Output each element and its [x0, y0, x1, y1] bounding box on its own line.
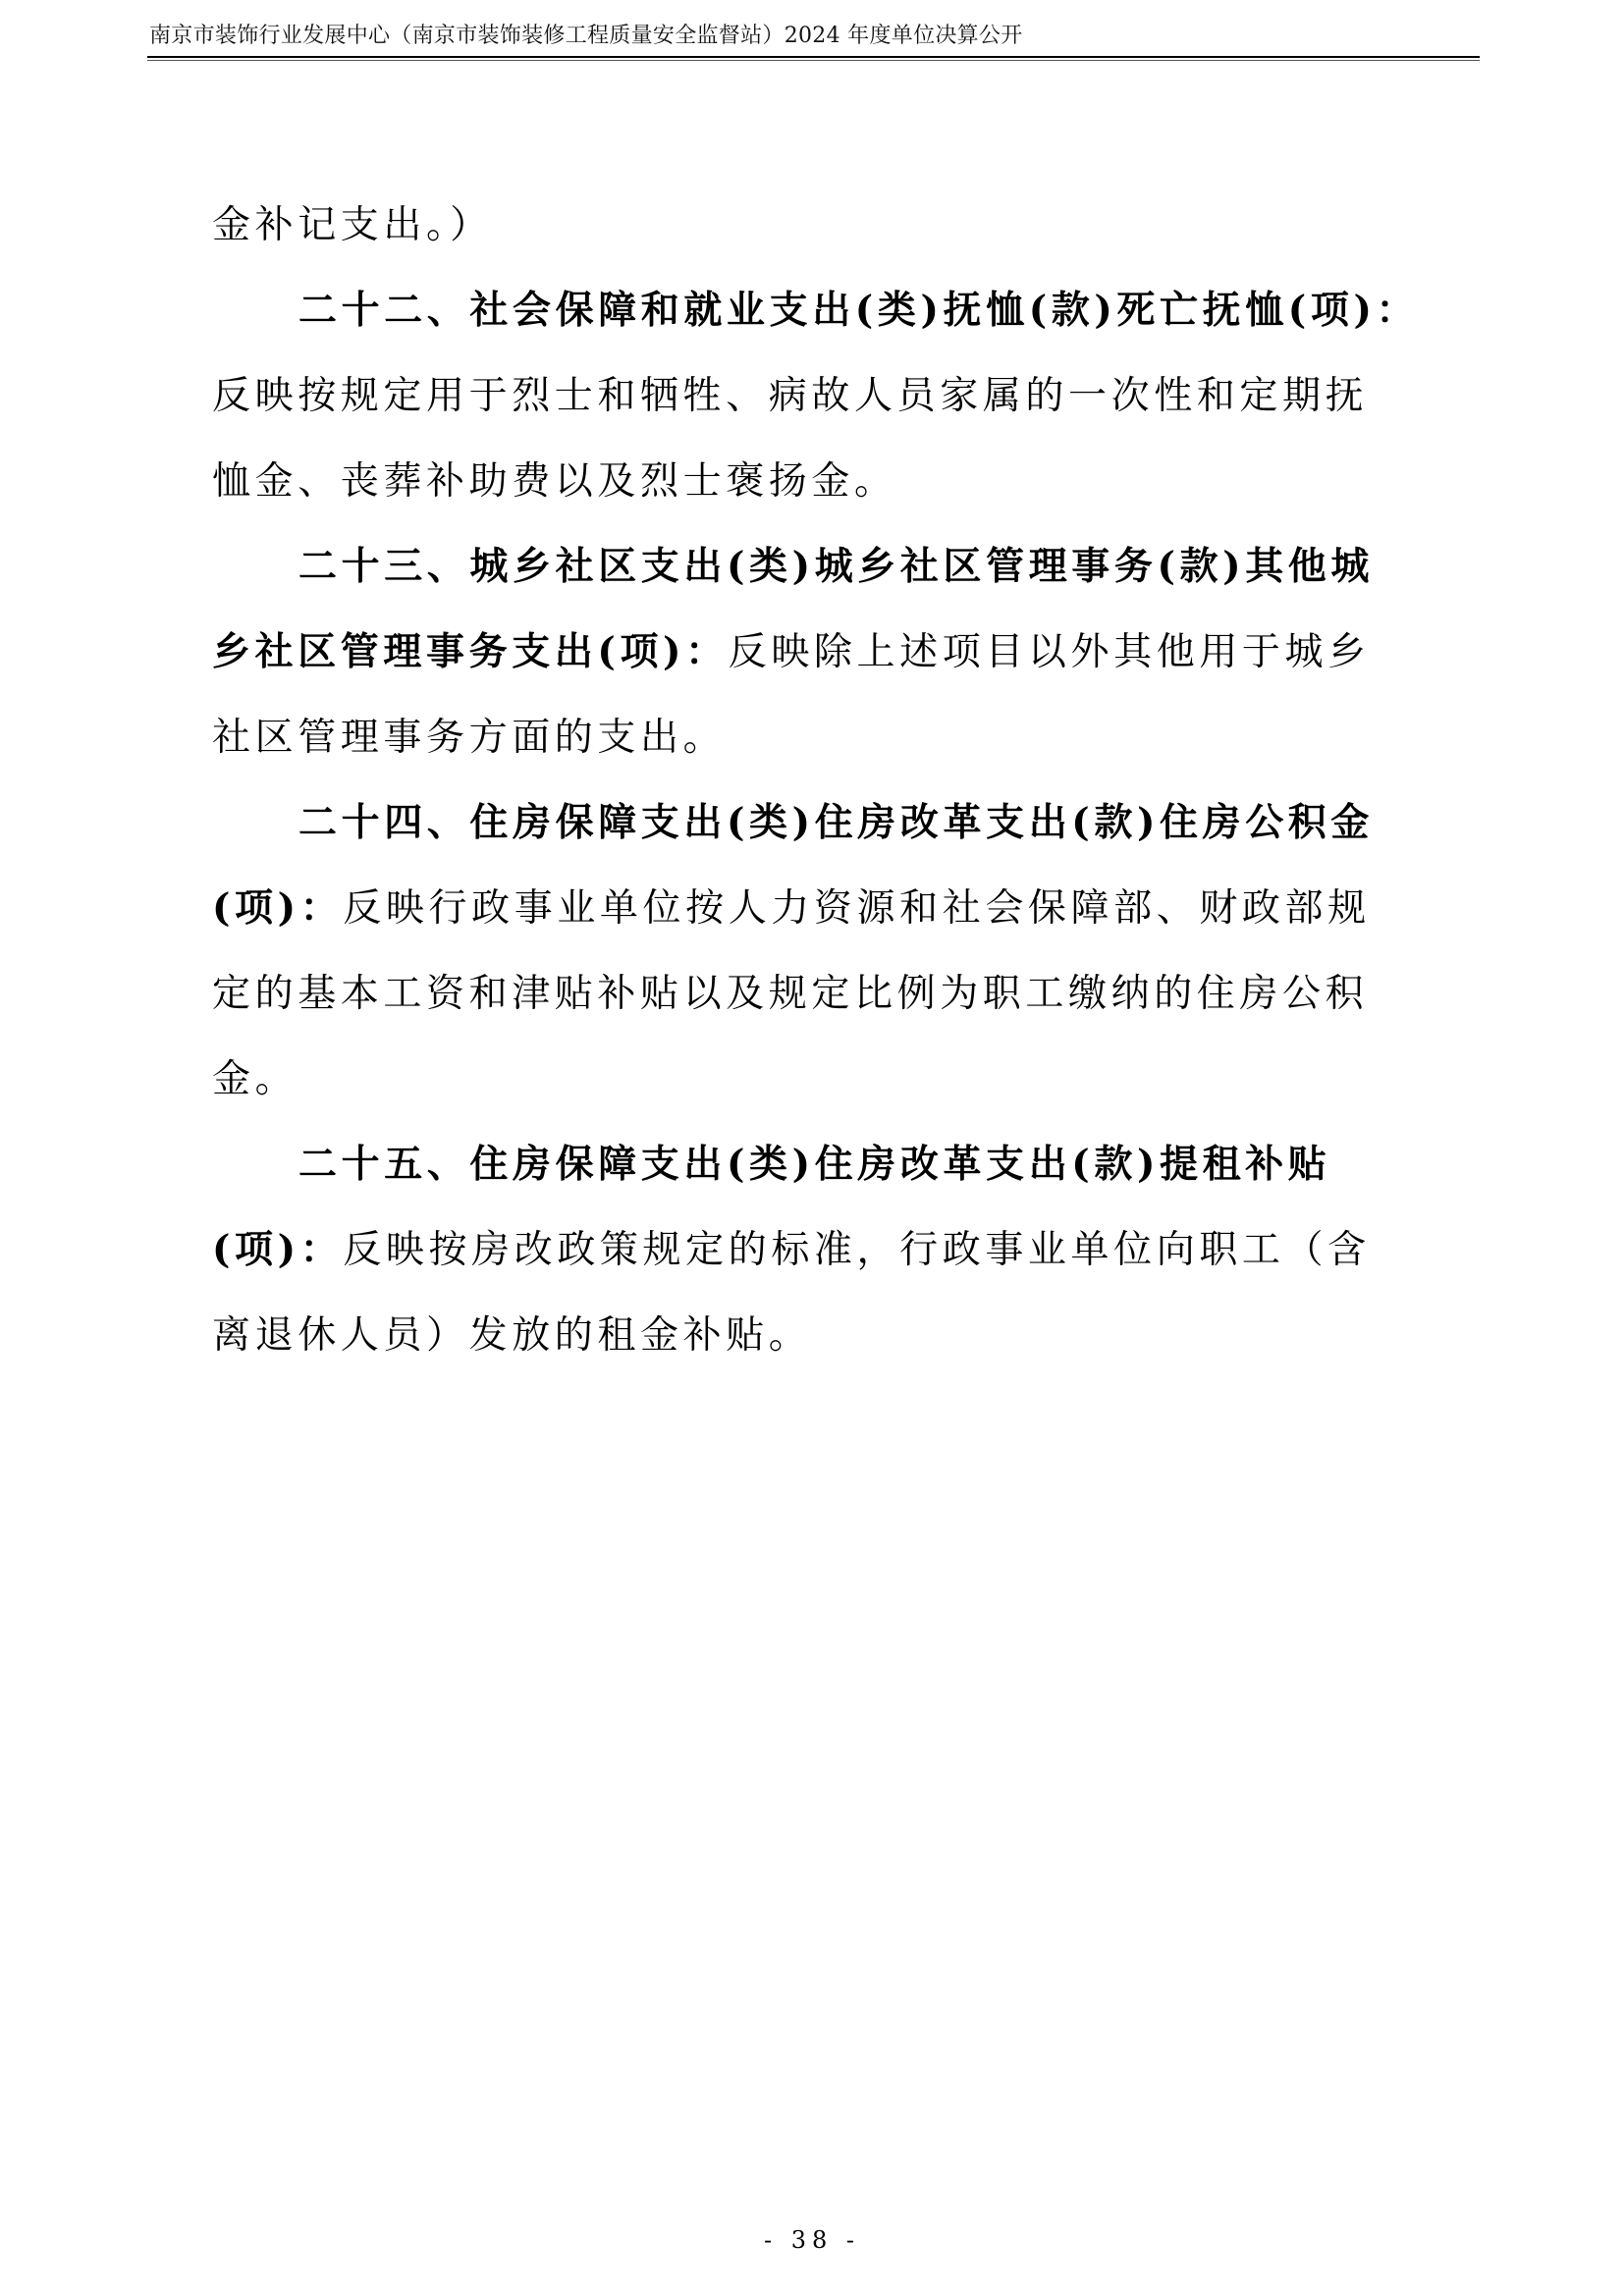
body-text: 金补记支出。）	[212, 203, 493, 247]
text-line: 金补记支出。）	[212, 199, 1425, 285]
text-line: 社区管理事务方面的支出。	[212, 712, 1425, 797]
body-text: 反映按规定用于烈士和牺牲、病故人员家属的一次性和定期抚	[212, 374, 1368, 418]
bold-text: 乡社区管理事务支出(项)：	[212, 629, 729, 674]
bold-text: 二十二、社会保障和就业支出(类)抚恤(款)死亡抚恤(项)：	[298, 288, 1419, 333]
bold-text: 二十四、住房保障支出(类)住房改革支出(款)住房公积金	[298, 800, 1374, 845]
header-divider	[147, 56, 1480, 58]
section-heading-23: 二十三、城乡社区支出(类)城乡社区管理事务(款)其他城	[212, 541, 1425, 626]
body-text: 反映除上述项目以外其他用于城乡	[729, 630, 1371, 674]
text-line: 离退休人员）发放的租金补贴。	[212, 1309, 1425, 1395]
text-line: 乡社区管理事务支出(项)：反映除上述项目以外其他用于城乡	[212, 626, 1425, 712]
text-line: (项)：反映行政事业单位按人力资源和社会保障部、财政部规	[212, 882, 1425, 968]
section-heading-22: 二十二、社会保障和就业支出(类)抚恤(款)死亡抚恤(项)：	[212, 285, 1425, 370]
section-heading-25: 二十五、住房保障支出(类)住房改革支出(款)提租补贴	[212, 1139, 1425, 1224]
body-text: 离退休人员）发放的租金补贴。	[212, 1313, 811, 1358]
bold-text: 二十五、住房保障支出(类)住房改革支出(款)提租补贴	[298, 1142, 1330, 1187]
body-text: 社区管理事务方面的支出。	[212, 716, 726, 760]
body-text: 反映行政事业单位按人力资源和社会保障部、财政部规	[343, 886, 1370, 931]
text-line: 金。	[212, 1053, 1425, 1139]
bold-text: 二十三、城乡社区支出(类)城乡社区管理事务(款)其他城	[298, 544, 1374, 589]
section-heading-24: 二十四、住房保障支出(类)住房改革支出(款)住房公积金	[212, 797, 1425, 882]
bold-text: (项)：	[212, 885, 343, 931]
body-text: 定的基本工资和津贴补贴以及规定比例为职工缴纳的住房公积	[212, 972, 1368, 1016]
header-divider-thin	[147, 60, 1480, 61]
bold-text: (项)：	[212, 1227, 343, 1272]
text-line: 反映按规定用于烈士和牺牲、病故人员家属的一次性和定期抚	[212, 370, 1425, 455]
body-text: 金。	[212, 1057, 298, 1101]
page-number: - 38 -	[0, 2226, 1624, 2254]
text-line: 恤金、丧葬补助费以及烈士褒扬金。	[212, 455, 1425, 541]
text-line: 定的基本工资和津贴补贴以及规定比例为职工缴纳的住房公积	[212, 968, 1425, 1053]
body-text: 恤金、丧葬补助费以及烈士褒扬金。	[212, 459, 897, 504]
running-header: 南京市装饰行业发展中心（南京市装饰装修工程质量安全监督站）2024 年度单位决算…	[149, 24, 1023, 49]
document-body: 金补记支出。） 二十二、社会保障和就业支出(类)抚恤(款)死亡抚恤(项)： 反映…	[212, 199, 1425, 1395]
body-text: 反映按房改政策规定的标准，行政事业单位向职工（含	[343, 1228, 1370, 1272]
text-line: (项)：反映按房改政策规定的标准，行政事业单位向职工（含	[212, 1224, 1425, 1309]
